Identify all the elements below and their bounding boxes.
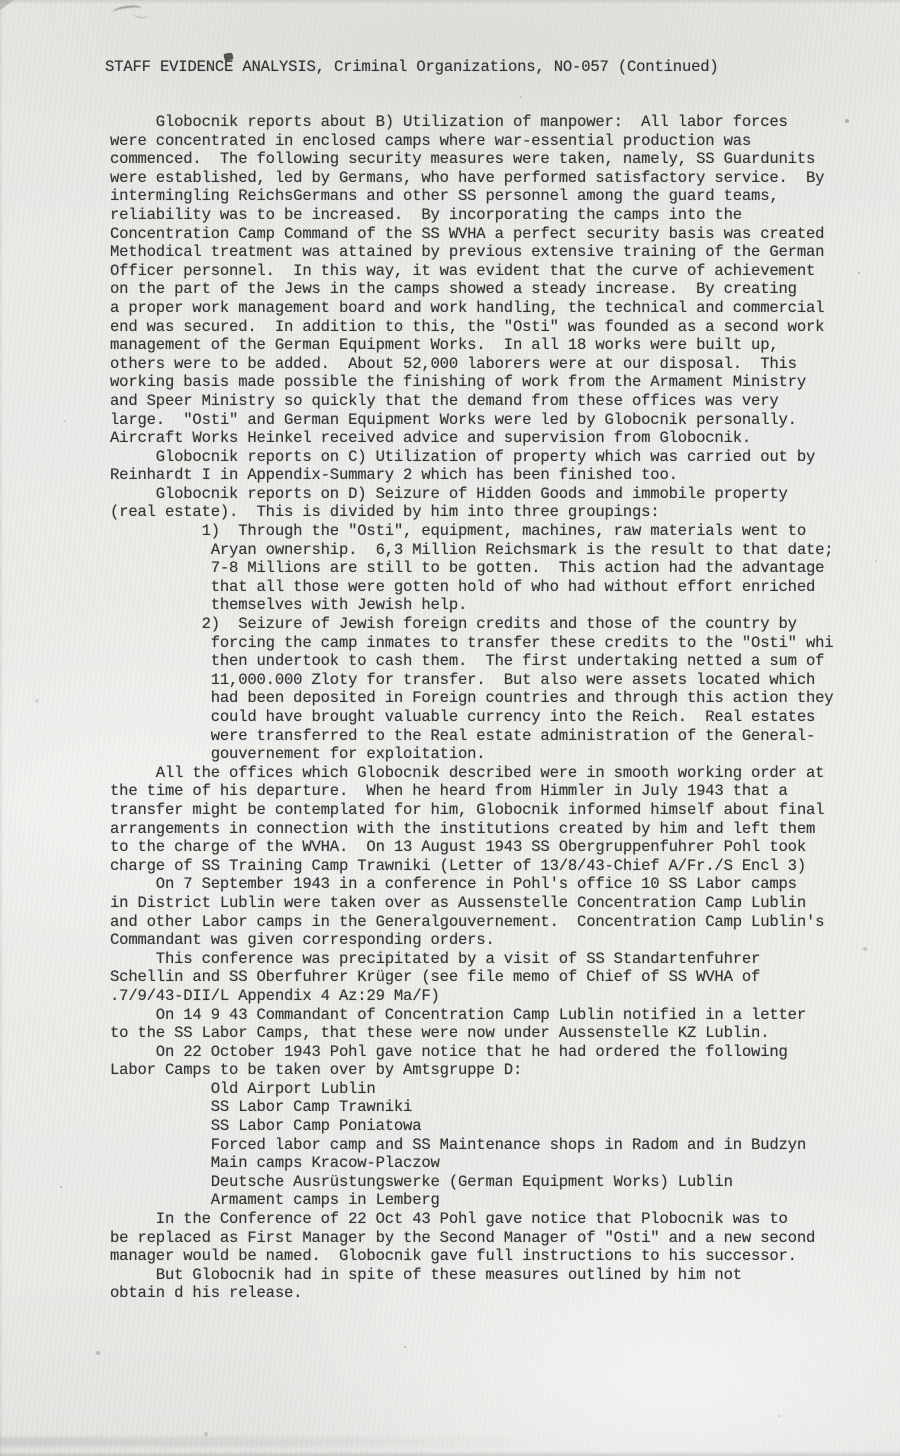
- text-line: were established, led by Germans, who ha…: [110, 169, 900, 188]
- document-page: STAFF EVIDENCE ANALYSIS, Criminal Organi…: [0, 0, 900, 1456]
- text-line: SS Labor Camp Poniatowa: [110, 1117, 900, 1136]
- para-conference-precipitated: This conference was precipitated by a vi…: [110, 950, 900, 1006]
- para-commandant-letter-14-9-43: On 14 9 43 Commandant of Concentration C…: [110, 1006, 900, 1043]
- text-line: Deutsche Ausrüstungswerke (German Equipm…: [110, 1173, 900, 1192]
- text-line: Aircraft Works Heinkel received advice a…: [110, 429, 900, 448]
- text-line: Globocnik reports on D) Seizure of Hidde…: [110, 485, 900, 504]
- text-line: This conference was precipitated by a vi…: [110, 950, 900, 969]
- document-content: STAFF EVIDENCE ANALYSIS, Criminal Organi…: [0, 0, 900, 1303]
- text-line: All the offices which Globocnik describe…: [110, 764, 900, 783]
- text-line: Old Airport Lublin: [110, 1080, 900, 1099]
- list-item-2-seizure-of-credits: 2) Seizure of Jewish foreign credits and…: [110, 615, 900, 764]
- text-line: Aryan ownership. 6,3 Million Reichsmark …: [110, 541, 900, 560]
- para-utilization-of-manpower: Globocnik reports about B) Utilization o…: [110, 113, 900, 448]
- text-line: forcing the camp inmates to transfer the…: [110, 634, 900, 653]
- text-line: then undertook to cash them. The first u…: [110, 652, 900, 671]
- text-line: Forced labor camp and SS Maintenance sho…: [110, 1136, 900, 1155]
- text-line: were concentrated in enclosed camps wher…: [110, 132, 900, 151]
- list-labor-camps: Old Airport Lublin SS Labor Camp Trawnik…: [110, 1080, 900, 1210]
- text-line: to the charge of the WVHA. On 13 August …: [110, 838, 900, 857]
- text-line: management of the German Equipment Works…: [110, 336, 900, 355]
- text-line: others were to be added. About 52,000 la…: [110, 355, 900, 374]
- text-line: working basis made possible the finishin…: [110, 373, 900, 392]
- document-title: STAFF EVIDENCE ANALYSIS, Criminal Organi…: [105, 58, 900, 77]
- text-line: Globocnik reports on C) Utilization of p…: [110, 448, 900, 467]
- para-seizure-of-hidden-goods: Globocnik reports on D) Seizure of Hidde…: [110, 485, 900, 522]
- text-line: commenced. The following security measur…: [110, 150, 900, 169]
- text-line: On 22 October 1943 Pohl gave notice that…: [110, 1043, 900, 1062]
- text-line: and Speer Ministry so quickly that the d…: [110, 392, 900, 411]
- para-utilization-of-property: Globocnik reports on C) Utilization of p…: [110, 448, 900, 485]
- text-line: charge of SS Training Camp Trawniki (Let…: [110, 857, 900, 876]
- text-line: (real estate). This is divided by him in…: [110, 503, 900, 522]
- text-line: 1) Through the "Osti", equipment, machin…: [110, 522, 900, 541]
- text-line: Concentration Camp Command of the SS WVH…: [110, 225, 900, 244]
- text-line: large. "Osti" and German Equipment Works…: [110, 411, 900, 430]
- text-line: Globocnik reports about B) Utilization o…: [110, 113, 900, 132]
- text-line: a proper work management board and work …: [110, 299, 900, 318]
- text-line: SS Labor Camp Trawniki: [110, 1098, 900, 1117]
- paper-crease: [0, 1437, 560, 1447]
- text-line: Main camps Kracow-Placzow: [110, 1154, 900, 1173]
- text-line: Officer personnel. In this way, it was e…: [110, 262, 900, 281]
- text-line: obtain d his release.: [110, 1284, 900, 1303]
- text-line: be replaced as First Manager by the Seco…: [110, 1229, 900, 1248]
- text-line: that all those were gotten hold of who h…: [110, 578, 900, 597]
- text-line: In the Conference of 22 Oct 43 Pohl gave…: [110, 1210, 900, 1229]
- text-line: could have brought valuable currency int…: [110, 708, 900, 727]
- para-conference-22-oct-43: In the Conference of 22 Oct 43 Pohl gave…: [110, 1210, 900, 1303]
- text-line: the time of his departure. When he heard…: [110, 782, 900, 801]
- para-conference-7-september-1943: On 7 September 1943 in a conference in P…: [110, 875, 900, 949]
- text-line: in District Lublin were taken over as Au…: [110, 894, 900, 913]
- text-line: .7/9/43-DII/L Appendix 4 Az:29 Ma/F): [110, 987, 900, 1006]
- text-line: had been deposited in Foreign countries …: [110, 689, 900, 708]
- text-line: Commandant was given corresponding order…: [110, 931, 900, 950]
- text-line: gouvernement for exploitation.: [110, 745, 900, 764]
- text-line: themselves with Jewish help.: [110, 596, 900, 615]
- text-line: on the part of the Jews in the camps sho…: [110, 280, 900, 299]
- text-line: Schellin and SS Oberfuhrer Krüger (see f…: [110, 968, 900, 987]
- text-line: On 14 9 43 Commandant of Concentration C…: [110, 1006, 900, 1025]
- text-line: 2) Seizure of Jewish foreign credits and…: [110, 615, 900, 634]
- text-line: Labor Camps to be taken over by Amtsgrup…: [110, 1061, 900, 1080]
- text-line: to the SS Labor Camps, that these were n…: [110, 1024, 900, 1043]
- text-line: and other Labor camps in the Generalgouv…: [110, 913, 900, 932]
- text-line: arrangements in connection with the inst…: [110, 820, 900, 839]
- scan-edge-bottom: [0, 1451, 900, 1456]
- text-line: reliability was to be increased. By inco…: [110, 206, 900, 225]
- text-line: 7-8 Millions are still to be gotten. Thi…: [110, 559, 900, 578]
- para-offices-smooth-working-order: All the offices which Globocnik describe…: [110, 764, 900, 876]
- text-line: Reinhardt I in Appendix-Summary 2 which …: [110, 466, 900, 485]
- text-line: intermingling ReichsGermans and other SS…: [110, 187, 900, 206]
- text-line: were transferred to the Real estate admi…: [110, 727, 900, 746]
- text-line: transfer might be contemplated for him, …: [110, 801, 900, 820]
- document-body: Globocnik reports about B) Utilization o…: [110, 113, 900, 1303]
- list-item-1-osti-equipment: 1) Through the "Osti", equipment, machin…: [110, 522, 900, 615]
- text-line: On 7 September 1943 in a conference in P…: [110, 875, 900, 894]
- para-pohl-notice-22-october-1943: On 22 October 1943 Pohl gave notice that…: [110, 1043, 900, 1080]
- text-line: But Globocnik had in spite of these meas…: [110, 1266, 900, 1285]
- text-line: 11,000.000 Zloty for transfer. But also …: [110, 671, 900, 690]
- text-line: Methodical treatment was attained by pre…: [110, 243, 900, 262]
- text-line: Armament camps in Lemberg: [110, 1191, 900, 1210]
- text-line: end was secured. In addition to this, th…: [110, 318, 900, 337]
- text-line: manager would be named. Globocnik gave f…: [110, 1247, 900, 1266]
